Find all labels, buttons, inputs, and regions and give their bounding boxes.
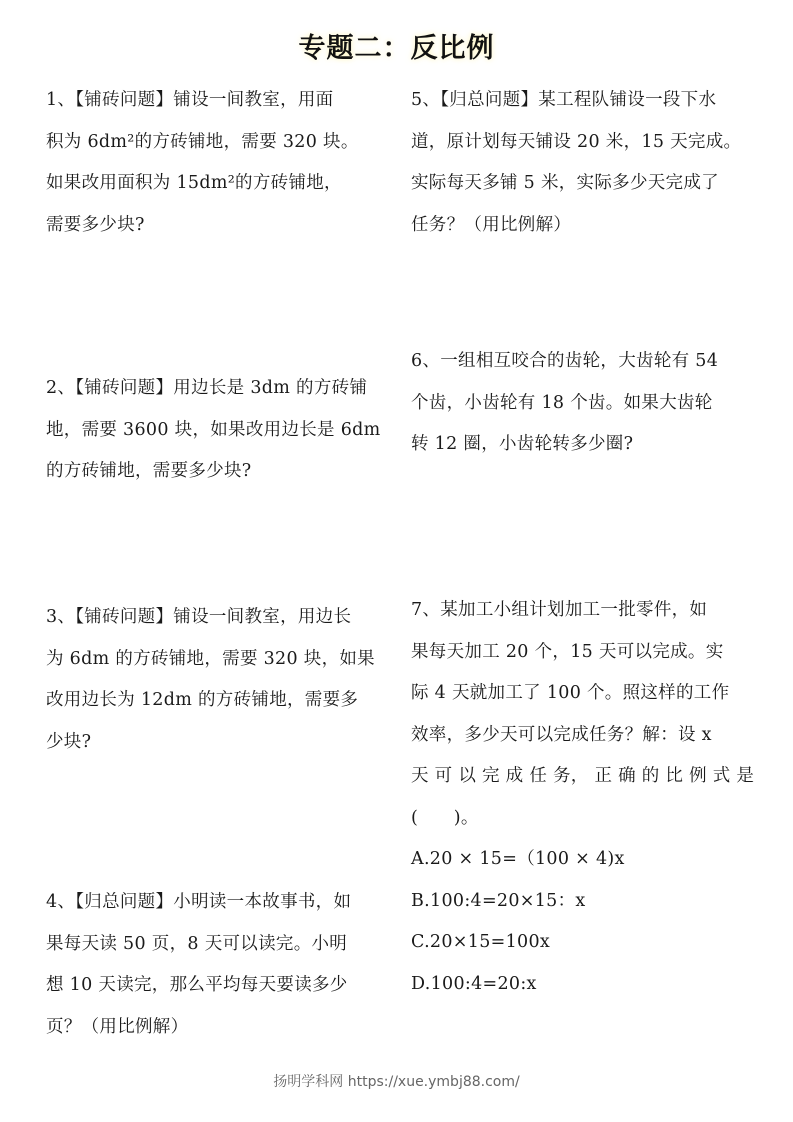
question-6: 6、一组相互咬合的齿轮，大齿轮有 54 个齿，小齿轮有 18 个齿。如果大齿轮 … bbox=[411, 341, 756, 466]
question-4-line-3: 想 10 天读完，那么平均每天要读多少 bbox=[46, 965, 391, 1007]
question-3: 3、【铺砖问题】铺设一间教室，用边长 为 6dm 的方砖铺地，需要 320 块，… bbox=[46, 597, 391, 763]
question-6-line-3: 转 12 圈，小齿轮转多少圈? bbox=[411, 424, 756, 466]
question-1: 1、【铺砖问题】铺设一间教室，用面 积为 6dm²的方砖铺地，需要 320 块。… bbox=[46, 80, 391, 246]
question-2-line-1: 2、【铺砖问题】用边长是 3dm 的方砖铺 bbox=[46, 368, 391, 410]
page-footer: 扬明学科网 https://xue.ymbj88.com/ bbox=[0, 1071, 793, 1091]
question-7-options: A.20 × 15=（100 × 4)x B.100:4=20×15：x C.2… bbox=[411, 839, 756, 1005]
question-7-line-6: ( )。 bbox=[411, 798, 756, 840]
question-7-line-5: 天 可 以 完 成 任 务， 正 确 的 比 例 式 是 bbox=[411, 756, 756, 798]
question-6-line-2: 个齿，小齿轮有 18 个齿。如果大齿轮 bbox=[411, 383, 756, 425]
option-c: C.20×15=100x bbox=[411, 922, 756, 964]
question-6-line-1: 6、一组相互咬合的齿轮，大齿轮有 54 bbox=[411, 341, 756, 383]
question-7-line-3: 际 4 天就加工了 100 个。照这样的工作 bbox=[411, 673, 756, 715]
question-5-line-4: 任务？（用比例解） bbox=[411, 205, 756, 247]
question-1-line-3: 如果改用面积为 15dm²的方砖铺地， bbox=[46, 163, 391, 205]
question-7: 7、某加工小组计划加工一批零件，如 果每天加工 20 个，15 天可以完成。实 … bbox=[411, 590, 756, 1005]
question-2: 2、【铺砖问题】用边长是 3dm 的方砖铺 地，需要 3600 块，如果改用边长… bbox=[46, 368, 391, 493]
question-7-line-2: 果每天加工 20 个，15 天可以完成。实 bbox=[411, 632, 756, 674]
question-7-line-4: 效率，多少天可以完成任务？解：设 x bbox=[411, 715, 756, 757]
question-7-line-1: 7、某加工小组计划加工一批零件，如 bbox=[411, 590, 756, 632]
question-4-line-4: 页？（用比例解） bbox=[46, 1007, 391, 1049]
page-title: 专题二：反比例 bbox=[0, 26, 793, 65]
option-b: B.100:4=20×15：x bbox=[411, 881, 756, 923]
question-4-line-2: 果每天读 50 页，8 天可以读完。小明 bbox=[46, 924, 391, 966]
question-3-line-4: 少块? bbox=[46, 722, 391, 764]
question-3-line-3: 改用边长为 12dm 的方砖铺地，需要多 bbox=[46, 680, 391, 722]
question-3-line-2: 为 6dm 的方砖铺地，需要 320 块，如果 bbox=[46, 639, 391, 681]
question-4-line-1: 4、【归总问题】小明读一本故事书，如 bbox=[46, 882, 391, 924]
question-3-line-1: 3、【铺砖问题】铺设一间教室，用边长 bbox=[46, 597, 391, 639]
question-4: 4、【归总问题】小明读一本故事书，如 果每天读 50 页，8 天可以读完。小明 … bbox=[46, 882, 391, 1048]
question-1-line-4: 需要多少块? bbox=[46, 205, 391, 247]
question-5: 5、【归总问题】某工程队铺设一段下水 道，原计划每天铺设 20 米，15 天完成… bbox=[411, 80, 756, 246]
question-2-line-2: 地，需要 3600 块，如果改用边长是 6dm bbox=[46, 410, 391, 452]
question-2-line-3: 的方砖铺地，需要多少块? bbox=[46, 451, 391, 493]
option-a: A.20 × 15=（100 × 4)x bbox=[411, 839, 756, 881]
question-1-line-2: 积为 6dm²的方砖铺地，需要 320 块。 bbox=[46, 122, 391, 164]
question-5-line-2: 道，原计划每天铺设 20 米，15 天完成。 bbox=[411, 122, 756, 164]
option-d: D.100:4=20:x bbox=[411, 964, 756, 1006]
question-5-line-3: 实际每天多铺 5 米，实际多少天完成了 bbox=[411, 163, 756, 205]
question-1-line-1: 1、【铺砖问题】铺设一间教室，用面 bbox=[46, 80, 391, 122]
question-5-line-1: 5、【归总问题】某工程队铺设一段下水 bbox=[411, 80, 756, 122]
